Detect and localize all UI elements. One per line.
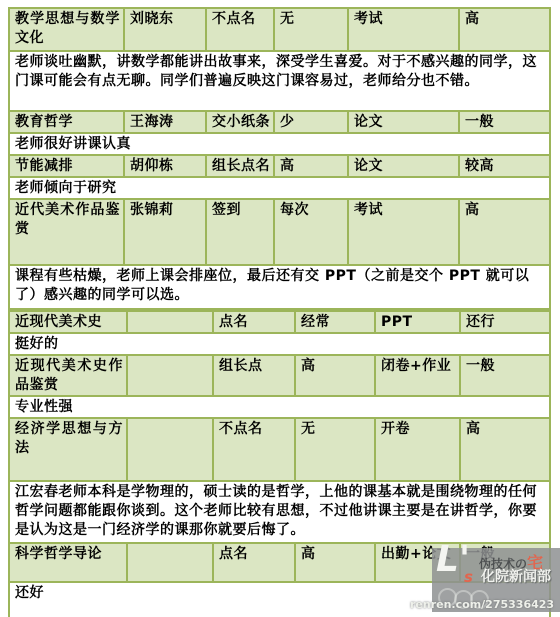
comment-cell: 老师倾向于研究 (9, 177, 550, 199)
course-name-cell: 经济学思想与方法 (9, 418, 127, 481)
rollcall-cell: 点名 (213, 311, 295, 333)
teacher-cell (127, 418, 213, 481)
teacher-cell: 张锦莉 (124, 199, 206, 265)
teacher-cell: 刘晓东 (124, 8, 206, 51)
course-row: 经济学思想与方法 不点名 无 开卷 高 (9, 418, 550, 481)
comment-row: 老师谈吐幽默，讲数学都能讲出故事来，深受学生喜爱。对于不感兴趣的同学，这门课可能… (9, 51, 550, 111)
exam-cell: 开卷 (375, 418, 460, 481)
comment-cell: 课程有些枯燥，老师上课会排座位，最后还有交 PPT（之前是交个 PPT 就可以了… (9, 265, 550, 309)
frequency-cell: 每次 (274, 199, 348, 265)
comment-cell: 老师谈吐幽默，讲数学都能讲出故事来，深受学生喜爱。对于不感兴趣的同学，这门课可能… (9, 51, 550, 111)
exam-cell: 论文 (348, 111, 459, 133)
exam-cell: 考试 (348, 199, 459, 265)
comment-row: 江宏春老师本科是学物理的，硕士读的是哲学，上他的课基本就是围绕物理的任何哲学问题… (9, 481, 550, 543)
teacher-cell: 胡仰栋 (124, 155, 206, 177)
course-row: 近现代美术史 点名 经常 PPT 还行 (9, 311, 550, 333)
score-cell: 高 (460, 418, 550, 481)
rollcall-cell: 组长点 (213, 355, 295, 396)
comment-cell: 专业性强 (9, 396, 550, 418)
exam-cell: 闭卷+作业 (375, 355, 460, 396)
comment-cell: 江宏春老师本科是学物理的，硕士读的是哲学，上他的课基本就是围绕物理的任何哲学问题… (9, 481, 550, 543)
course-name-cell: 近现代美术史 (9, 311, 127, 333)
score-cell: 还行 (460, 311, 550, 333)
exam-cell: 论文 (348, 155, 459, 177)
rollcall-cell: 不点名 (213, 418, 295, 481)
course-row: 节能减排 胡仰栋 组长点名 高 论文 较高 (9, 155, 550, 177)
frequency-cell: 无 (295, 418, 375, 481)
teacher-cell (127, 543, 213, 582)
score-cell: 一般 (459, 111, 550, 133)
comment-row: 老师很好讲课认真 (9, 133, 550, 155)
course-row: 教育哲学 王海涛 交小纸条 少 论文 一般 (9, 111, 550, 133)
frequency-cell: 经常 (295, 311, 375, 333)
comment-row: 挺好的 (9, 333, 550, 355)
score-cell: 较高 (459, 155, 550, 177)
course-table-upper: 教学思想与数学文化 刘晓东 不点名 无 考试 高 老师谈吐幽默，讲数学都能讲出故… (8, 7, 551, 310)
score-cell: 一般 (460, 355, 550, 396)
frequency-cell: 高 (295, 355, 375, 396)
course-row: 近现代美术史作品鉴赏 组长点 高 闭卷+作业 一般 (9, 355, 550, 396)
exam-cell: 考试 (348, 8, 459, 51)
rollcall-cell: 组长点名 (206, 155, 274, 177)
frequency-cell: 少 (274, 111, 348, 133)
course-row: 教学思想与数学文化 刘晓东 不点名 无 考试 高 (9, 8, 550, 51)
watermark-logo-sub: s (464, 568, 473, 586)
rollcall-cell: 签到 (206, 199, 274, 265)
teacher-cell (127, 311, 213, 333)
teacher-cell: 王海涛 (124, 111, 206, 133)
course-name-cell: 教育哲学 (9, 111, 124, 133)
rollcall-cell: 不点名 (206, 8, 274, 51)
document-page: 教学思想与数学文化 刘晓东 不点名 无 考试 高 老师谈吐幽默，讲数学都能讲出故… (8, 7, 549, 617)
rollcall-cell: 交小纸条 (206, 111, 274, 133)
rollcall-cell: 点名 (213, 543, 295, 582)
course-name-cell: 近现代美术史作品鉴赏 (9, 355, 127, 396)
watermark: L' s 伪技术の宅 化院新闻部 renren.com/275336423 (432, 548, 560, 612)
course-row: 近代美术作品鉴赏 张锦莉 签到 每次 考试 高 (9, 199, 550, 265)
comment-cell: 挺好的 (9, 333, 550, 355)
watermark-department: 化院新闻部 (481, 566, 551, 586)
frequency-cell: 高 (295, 543, 375, 582)
teacher-cell (127, 355, 213, 396)
score-cell: 高 (459, 199, 550, 265)
watermark-url: renren.com/275336423 (410, 598, 554, 611)
comment-row: 课程有些枯燥，老师上课会排座位，最后还有交 PPT（之前是交个 PPT 就可以了… (9, 265, 550, 309)
frequency-cell: 高 (274, 155, 348, 177)
exam-cell: PPT (375, 311, 460, 333)
course-name-cell: 节能减排 (9, 155, 124, 177)
comment-row: 老师倾向于研究 (9, 177, 550, 199)
course-name-cell: 科学哲学导论 (9, 543, 127, 582)
course-name-cell: 近代美术作品鉴赏 (9, 199, 124, 265)
comment-row: 专业性强 (9, 396, 550, 418)
score-cell: 高 (459, 8, 550, 51)
course-name-cell: 教学思想与数学文化 (9, 8, 124, 51)
comment-cell: 老师很好讲课认真 (9, 133, 550, 155)
frequency-cell: 无 (274, 8, 348, 51)
